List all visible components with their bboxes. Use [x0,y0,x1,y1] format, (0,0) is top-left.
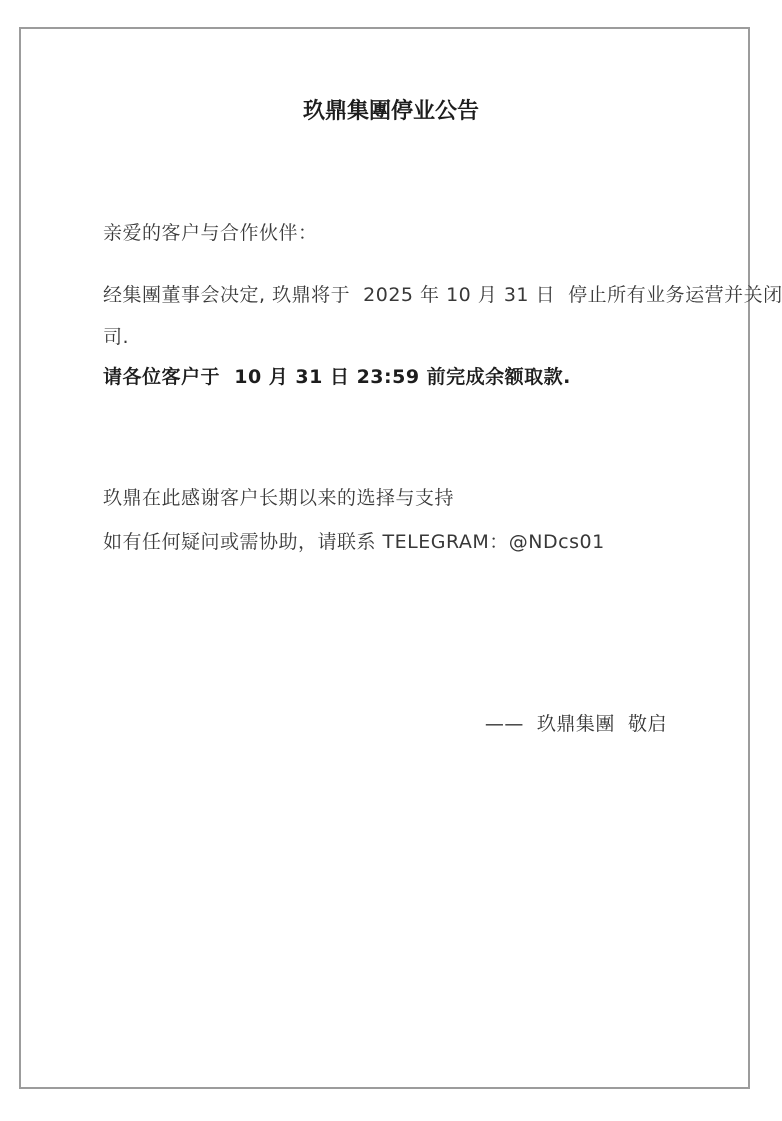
closure-body-paragraph: 经集團董事会决定, 玖鼎将于 2025 年 10 月 31 日 停止所有业务运营… [103,274,782,358]
salutation-line: 亲爱的客户与合作伙伴： [103,220,318,246]
announcement-page: 玖鼎集團停业公告 亲爱的客户与合作伙伴： 经集團董事会决定, 玖鼎将于 2025… [0,0,782,1121]
page-title: 玖鼎集團停业公告 [103,97,679,127]
contact-line: 如有任何疑问或需协助，请联系 TELEGRAM：@NDcs01 [103,529,605,555]
signature-line: —— 玖鼎集團 敬启 [485,711,667,737]
page-border [19,27,750,1089]
withdrawal-deadline-notice: 请各位客户于 10 月 31 日 23:59 前完成余额取款. [103,364,571,390]
thanks-line: 玖鼎在此感谢客户长期以来的选择与支持 [103,485,454,511]
